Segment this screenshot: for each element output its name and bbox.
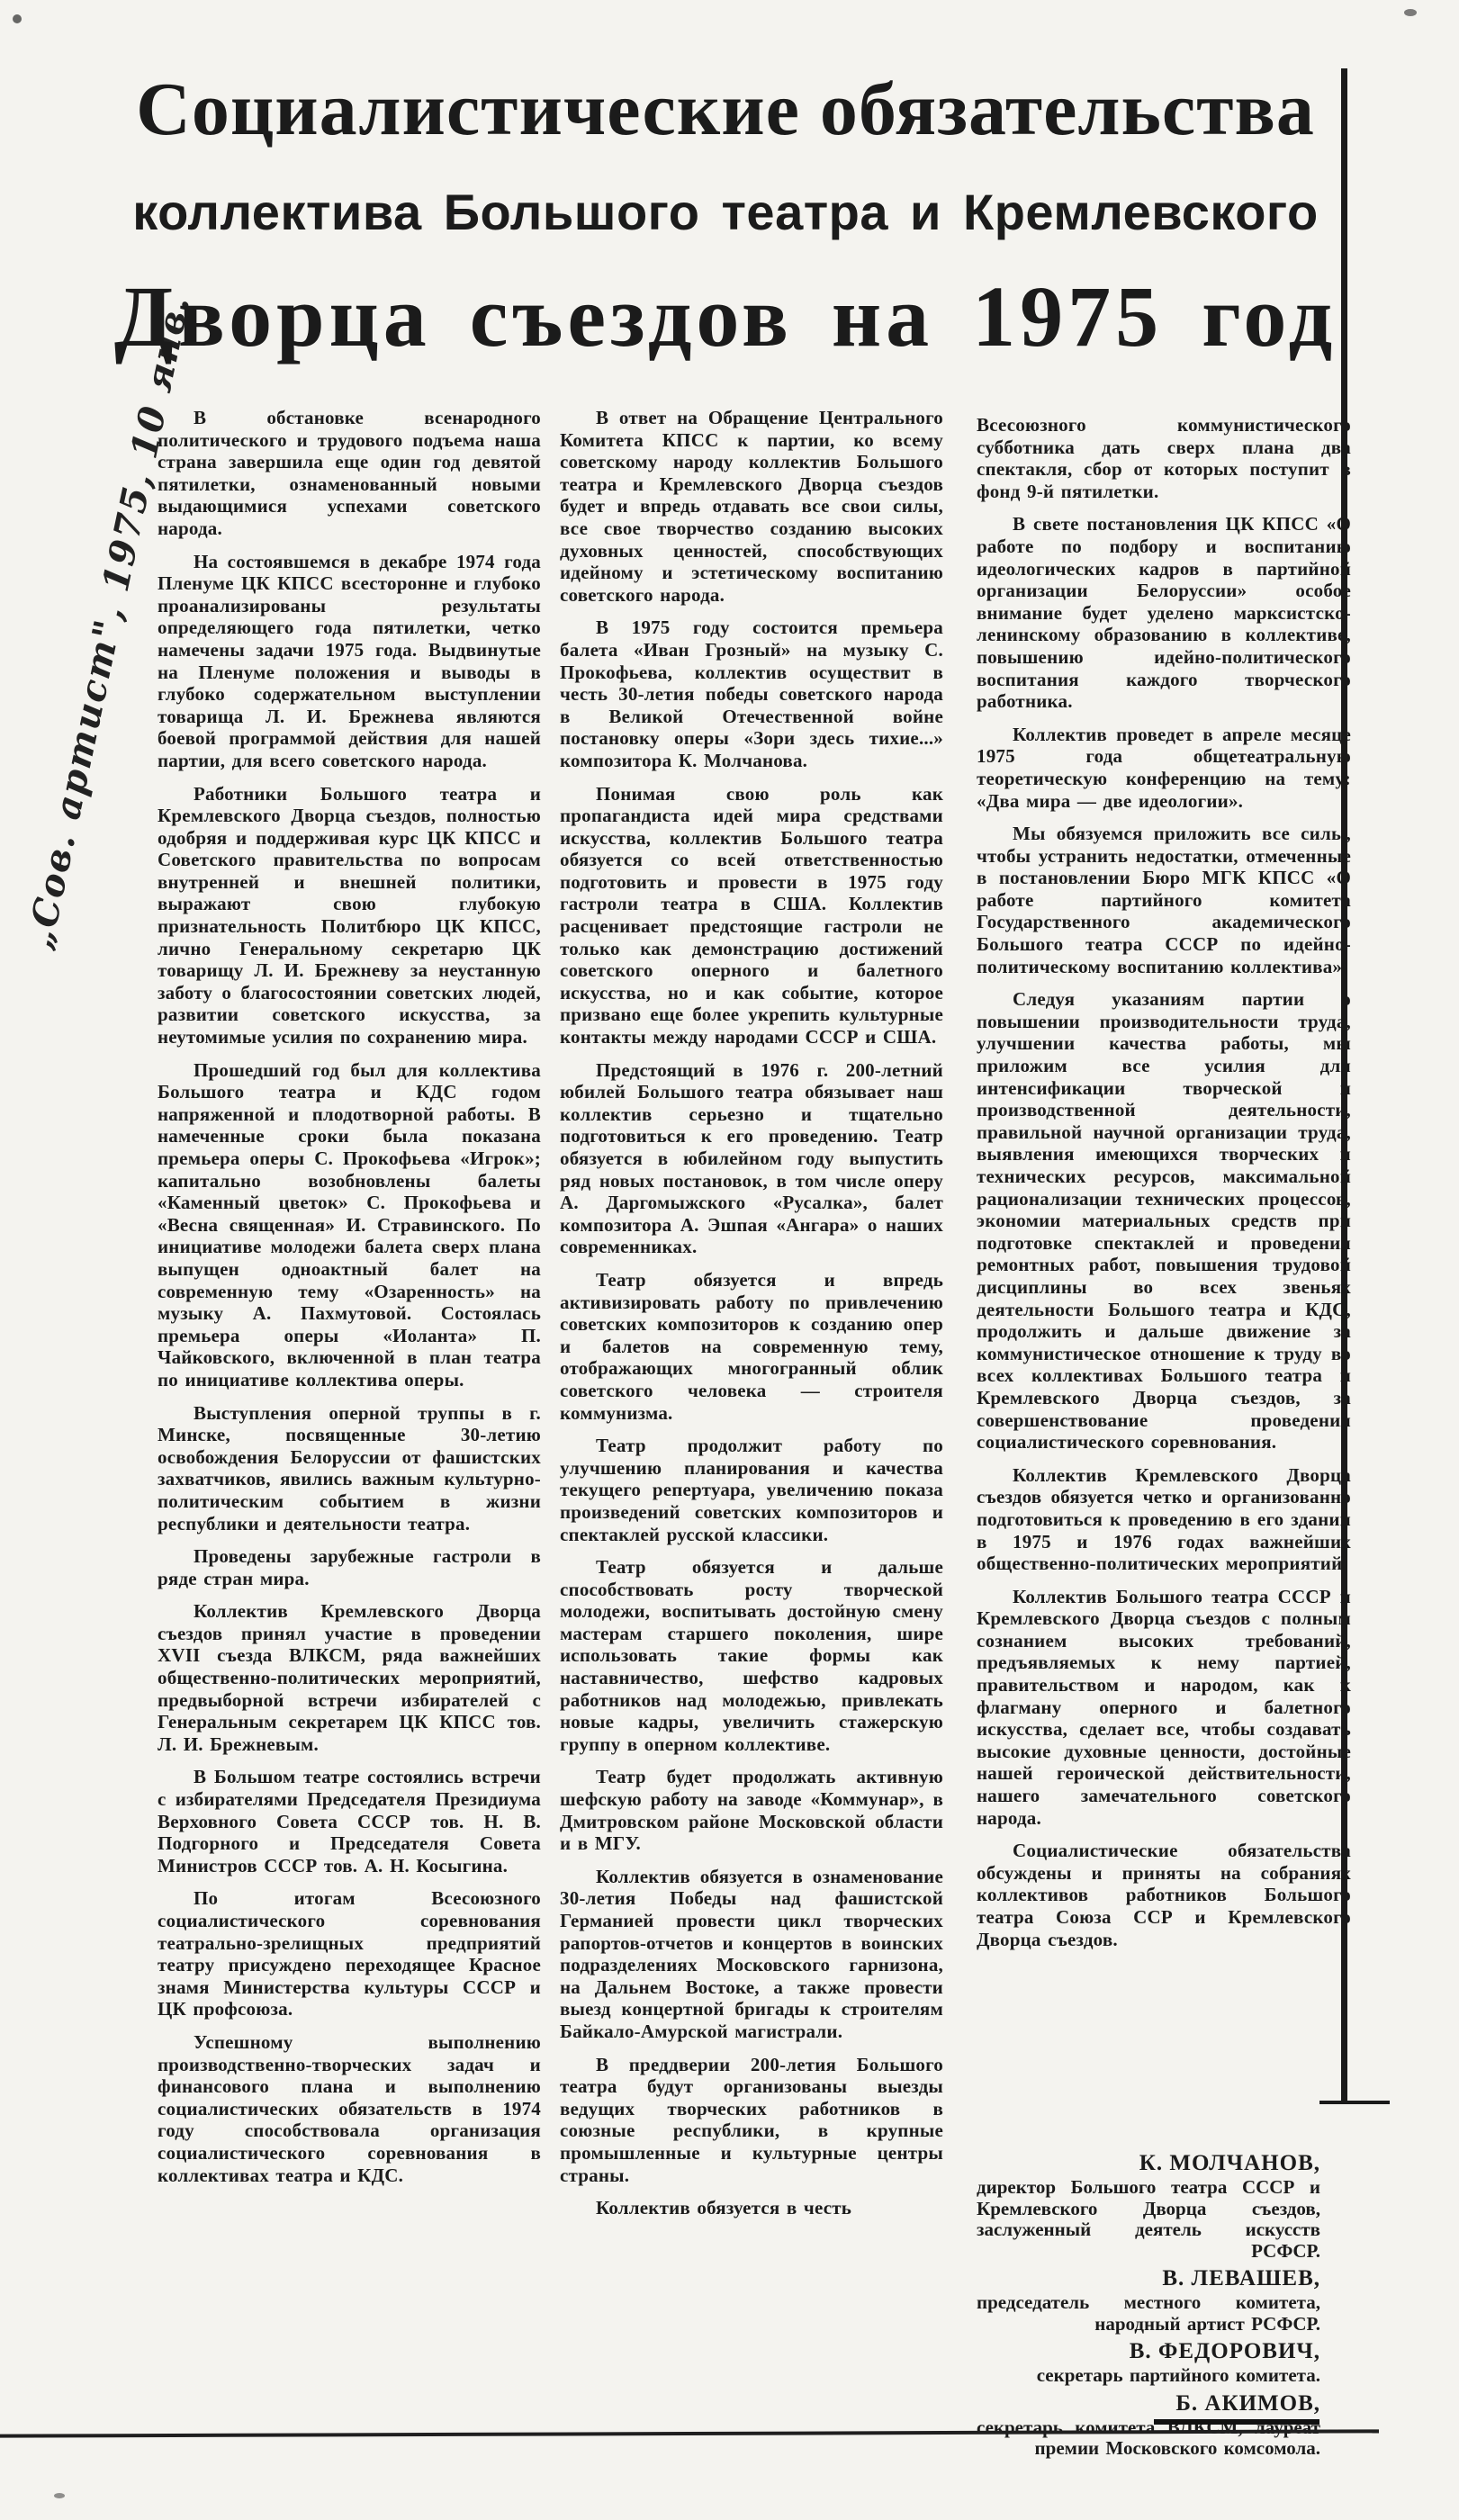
paragraph: Социалистические обязательства обсуждены… — [977, 1840, 1351, 1950]
signature-name: В. ФЕДОРОВИЧ, — [977, 2338, 1320, 2365]
article-headline: Социалистические обязательства коллектив… — [97, 72, 1354, 360]
headline-line-3: Дворца съездов на 1975 год — [97, 274, 1354, 360]
paragraph: Прошедший год был для коллектива Большог… — [158, 1059, 541, 1391]
headline-line-1: Социалистические обязательства — [97, 72, 1354, 148]
paragraph: В преддверии 200-летия Большого театра б… — [560, 2054, 943, 2187]
paragraph: Следуя указаниям партии о повышении прои… — [977, 988, 1351, 1453]
signature-name: В. ЛЕВАШЕВ, — [977, 2265, 1320, 2292]
paragraph: Коллектив Большого театра СССР и Кремлев… — [977, 1586, 1351, 1830]
signature-name: К. МОЛЧАНОВ, — [977, 2150, 1320, 2177]
right-edge-tick — [1319, 2101, 1390, 2104]
signature-block: К. МОЛЧАНОВ,директор Большого театра ССС… — [977, 2146, 1320, 2460]
paragraph: Мы обязуемся приложить все силы, чтобы у… — [977, 823, 1351, 977]
paragraph: Успешному выполнению производственно-тво… — [158, 2031, 541, 2186]
article-column-2: В ответ на Обращение Центрального Комите… — [560, 407, 943, 2423]
paragraph: Театр обязуется и впредь активизировать … — [560, 1269, 943, 1424]
paragraph: Театр будет продолжать активную шефскую … — [560, 1766, 943, 1854]
signature-role: директор Большого театра СССР и Кремлевс… — [977, 2177, 1320, 2262]
scan-speck — [54, 2493, 65, 2498]
scan-speck — [13, 14, 22, 23]
article-column-3: Всесоюзного коммунистического субботника… — [977, 414, 1351, 2146]
paragraph: В свете постановления ЦК КПСС «О работе … — [977, 513, 1351, 712]
paragraph: Проведены зарубежные гастроли в ряде стр… — [158, 1545, 541, 1589]
paragraph: Коллектив обязуется в ознаменование 30-л… — [560, 1866, 943, 2043]
paragraph: Коллектив проведет в апреле месяце 1975 … — [977, 724, 1351, 812]
paragraph: Коллектив Кремлевского Дворца съездов пр… — [158, 1600, 541, 1755]
paragraph: В ответ на Обращение Центрального Комите… — [560, 407, 943, 606]
headline-line-2: коллектива Большого театра и Кремлевског… — [97, 187, 1354, 238]
paragraph: В Большом театре состоялись встречи с из… — [158, 1766, 541, 1876]
paragraph: Предстоящий в 1976 г. 200-летний юбилей … — [560, 1059, 943, 1258]
signature-name: Б. АКИМОВ, — [977, 2390, 1320, 2417]
newspaper-clipping-page: „Сов. артист", 1975, 10 янв. Социалистич… — [0, 0, 1459, 2520]
paragraph: Коллектив обязуется в честь — [560, 2197, 943, 2219]
paragraph: Выступления оперной труппы в г. Минске, … — [158, 1402, 541, 1535]
paragraph: Работники Большого театра и Кремлевского… — [158, 783, 541, 1048]
signature-underline — [1154, 2419, 1319, 2425]
signature-role: председатель местного комитета, народный… — [977, 2292, 1320, 2335]
right-edge-rule — [1341, 68, 1347, 2104]
paragraph: Театр обязуется и дальше способствовать … — [560, 1556, 943, 1755]
signature-role: секретарь партийного комитета. — [977, 2365, 1320, 2387]
paragraph: На состоявшемся в декабре 1974 года Плен… — [158, 551, 541, 772]
paragraph: Всесоюзного коммунистического субботника… — [977, 414, 1351, 502]
paragraph: В обстановке всенародного политического … — [158, 407, 541, 540]
scan-speck — [1404, 9, 1417, 16]
paragraph: По итогам Всесоюзного социалистического … — [158, 1887, 541, 2020]
paragraph: В 1975 году состоится премьера балета «И… — [560, 616, 943, 771]
paragraph: Понимая свою роль как пропагандиста идей… — [560, 783, 943, 1048]
paragraph: Коллектив Кремлевского Дворца съездов об… — [977, 1464, 1351, 1575]
article-column-1: В обстановке всенародного политического … — [158, 407, 541, 2432]
paragraph: Театр продолжит работу по улучшению план… — [560, 1435, 943, 1545]
